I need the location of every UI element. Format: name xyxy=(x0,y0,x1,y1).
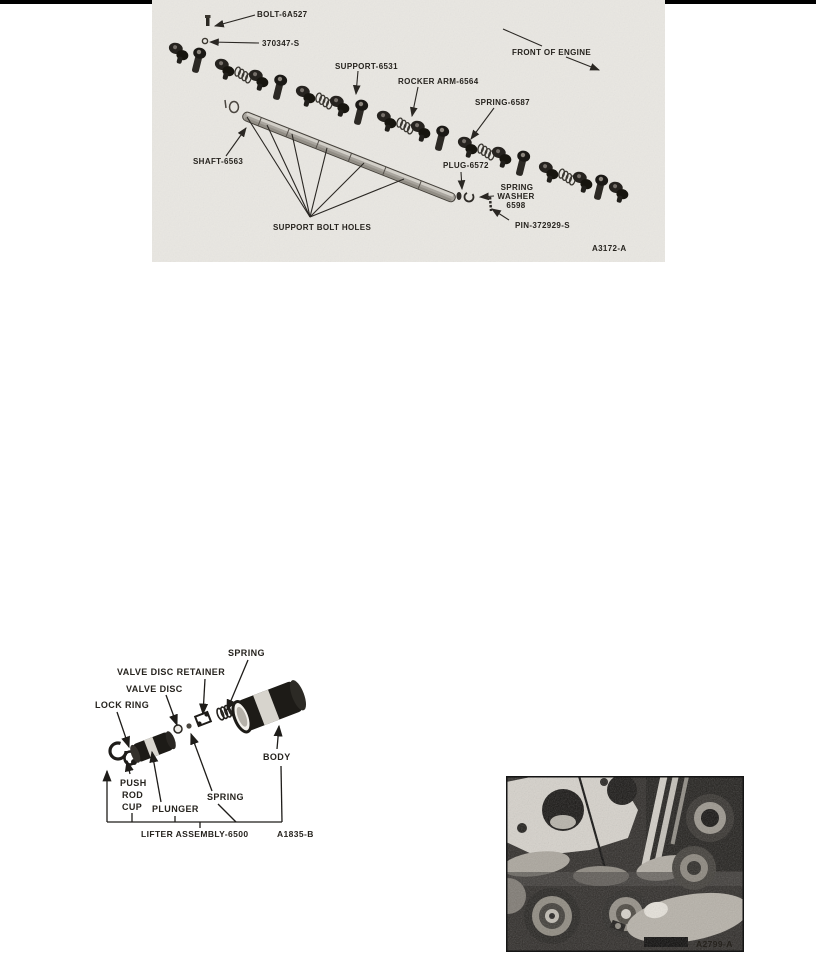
figure-code-a3172: A3172-A xyxy=(592,244,626,253)
label-support-bolt-holes: SUPPORT BOLT HOLES xyxy=(273,223,371,232)
label-bolt-washer: 370347-S xyxy=(262,39,300,48)
check-ball-part xyxy=(186,723,191,728)
figure-code-a2799: A2799-A xyxy=(696,939,733,949)
figure-code-a1835: A1835-B xyxy=(277,829,314,839)
label-push-rod-cup-line2: ROD xyxy=(122,790,143,800)
photo-grain xyxy=(506,776,744,952)
label-pin: PIN-372929-S xyxy=(515,221,570,230)
body-part xyxy=(229,678,309,734)
label-shaft: SHAFT-6563 xyxy=(193,157,243,166)
label-spring-upper: SPRING xyxy=(228,648,265,658)
figure-engine-photo: A2799-A xyxy=(506,776,744,952)
valve-disc-part xyxy=(174,725,182,733)
label-plug: PLUG-6572 xyxy=(443,161,489,170)
label-body: BODY xyxy=(263,752,291,762)
label-spring-6587: SPRING-6587 xyxy=(475,98,530,107)
label-spring-washer-line2: WASHER xyxy=(497,192,534,201)
label-rocker-arm: ROCKER ARM-6564 xyxy=(398,77,479,86)
label-spring-washer-line1: SPRING xyxy=(501,183,534,192)
manual-page: BOLT-6A527 370347-S SUPPORT-6531 ROCKER … xyxy=(0,0,816,958)
label-push-rod-cup-line3: CUP xyxy=(122,802,142,812)
label-support: SUPPORT-6531 xyxy=(335,62,398,71)
label-lifter-assembly-caption: LIFTER ASSEMBLY-6500 xyxy=(141,829,249,839)
label-plunger: PLUNGER xyxy=(152,804,199,814)
label-valve-disc: VALVE DISC xyxy=(126,684,183,694)
shaft-end-pin xyxy=(225,100,226,108)
figure-lifter-assembly-exploded-view: SPRING VALVE DISC RETAINER VALVE DISC LO… xyxy=(60,642,340,848)
figure-rocker-shaft-exploded-view: BOLT-6A527 370347-S SUPPORT-6531 ROCKER … xyxy=(152,0,665,262)
label-bolt: BOLT-6A527 xyxy=(257,10,308,19)
label-lock-ring: LOCK RING xyxy=(95,700,149,710)
label-valve-disc-retainer: VALVE DISC RETAINER xyxy=(117,667,225,677)
label-spring-washer-line3: 6598 xyxy=(506,201,525,210)
label-spring-lower: SPRING xyxy=(207,792,244,802)
label-front-of-engine: FRONT OF ENGINE xyxy=(512,48,591,57)
scan-grain xyxy=(152,0,665,262)
label-push-rod-cup-line1: PUSH xyxy=(120,778,147,788)
